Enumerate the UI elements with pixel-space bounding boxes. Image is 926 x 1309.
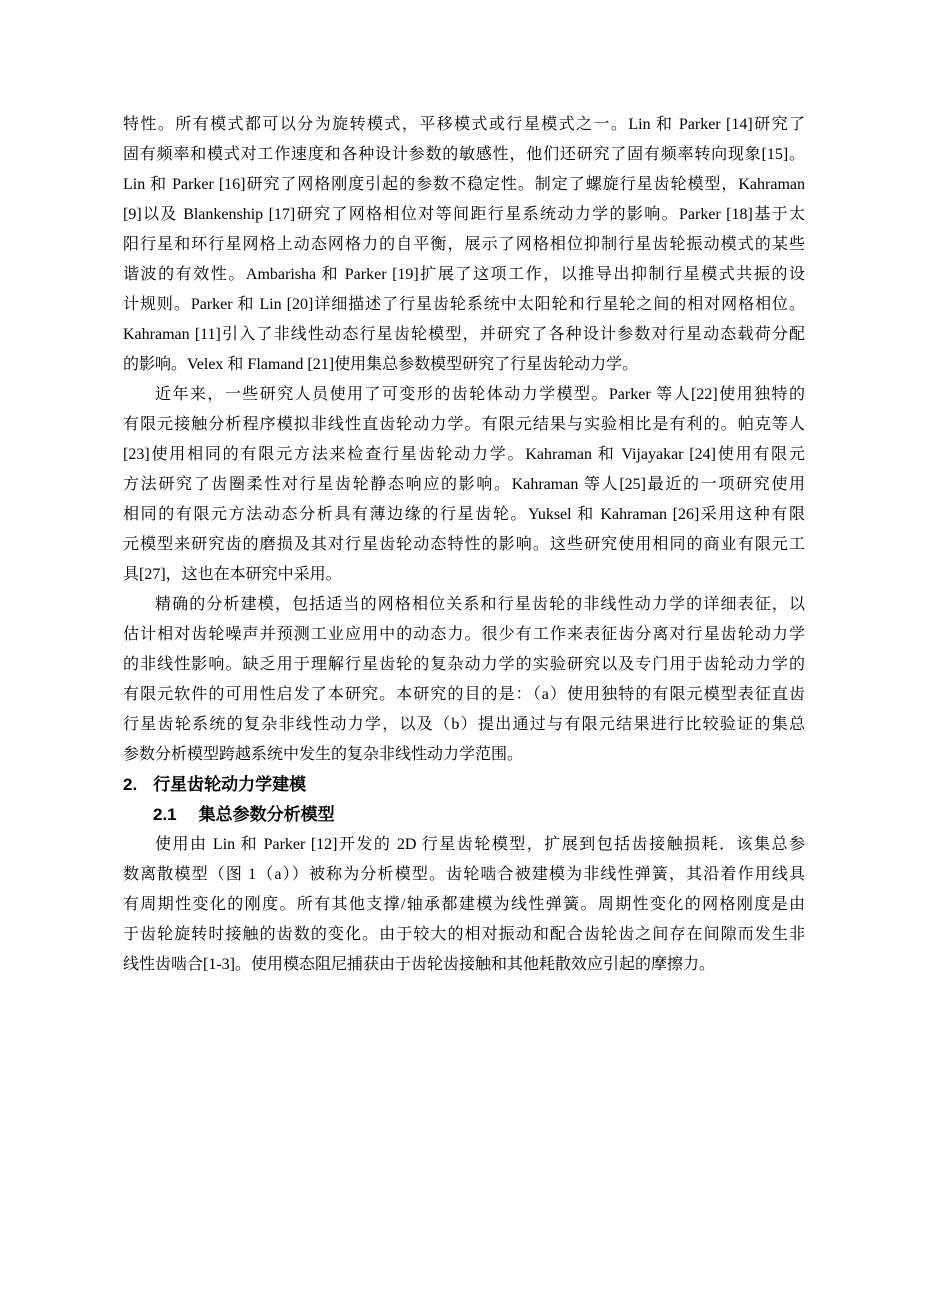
text-line: [23]使用相同的有限元方法来检查行星齿轮动力学。Kahraman 和 Vija… [123,440,805,470]
section-number: 2. [123,770,137,800]
text-line: 估计相对齿轮噪声并预测工业应用中的动态力。很少有工作来表征齿分离对行星齿轮动力学 [123,620,805,650]
document-body-text: 特性。所有模式都可以分为旋转模式，平移模式或行星模式之一。Lin 和 Parke… [123,110,805,980]
text-line: 谐波的有效性。Ambarisha 和 Parker [19]扩展了这项工作，以推… [123,260,805,290]
section-title: 行星齿轮动力学建模 [153,770,306,800]
text-line: 精确的分析建模，包括适当的网格相位关系和行星齿轮的非线性动力学的详细表征，以 [123,590,805,620]
text-line: 的非线性影响。缺乏用于理解行星齿轮的复杂动力学的实验研究以及专门用于齿轮动力学的 [123,650,805,680]
text-line: 于齿轮旋转时接触的齿数的变化。由于较大的相对振动和配合齿轮齿之间存在间隙而发生非 [123,920,805,950]
text-line: 线性齿啮合[1-3]。使用模态阻尼捕获由于齿轮齿接触和其他耗散效应引起的摩擦力。 [123,950,805,980]
subsection-number: 2.1 [153,800,177,830]
text-line: 有限元接触分析程序模拟非线性直齿轮动力学。有限元结果与实验相比是有利的。帕克等人 [123,410,805,440]
text-line: [9]以及 Blankenship [17]研究了网格相位对等间距行星系统动力学… [123,200,805,230]
paragraph-lumped-parameter-model: 使用由 Lin 和 Parker [12]开发的 2D 行星齿轮模型，扩展到包括… [123,830,805,980]
paragraph-deformable-gear-models: 近年来，一些研究人员使用了可变形的齿轮体动力学模型。Parker 等人[22]使… [123,380,805,590]
text-line: Lin 和 Parker [16]研究了网格刚度引起的参数不稳定性。制定了螺旋行… [123,170,805,200]
document-page: 特性。所有模式都可以分为旋转模式，平移模式或行星模式之一。Lin 和 Parke… [0,0,926,1309]
text-line: 参数分析模型跨越系统中发生的复杂非线性动力学范围。 [123,740,805,770]
text-line: 近年来，一些研究人员使用了可变形的齿轮体动力学模型。Parker 等人[22]使… [123,380,805,410]
text-line: 具[27]，这也在本研究中采用。 [123,560,805,590]
section-heading-2: 2. 行星齿轮动力学建模 [123,770,805,800]
text-line: 有限元软件的可用性启发了本研究。本研究的目的是：（a）使用独特的有限元模型表征直… [123,680,805,710]
text-line: 元模型来研究齿的磨损及其对行星齿轮动态特性的影响。这些研究使用相同的商业有限元工 [123,530,805,560]
text-line: 行星齿轮系统的复杂非线性动力学，以及（b）提出通过与有限元结果进行比较验证的集总 [123,710,805,740]
text-line: 方法研究了齿圈柔性对行星齿轮静态响应的影响。Kahraman 等人[25]最近的… [123,470,805,500]
text-line: 固有频率和模式对工作速度和各种设计参数的敏感性，他们还研究了固有频率转向现象[1… [123,140,805,170]
text-line: 阳行星和环行星网格上动态网格力的自平衡，展示了网格相位抑制行星齿轮振动模式的某些 [123,230,805,260]
text-line: 有周期性变化的刚度。所有其他支撑/轴承都建模为线性弹簧。周期性变化的网格刚度是由 [123,890,805,920]
text-line: 相同的有限元方法动态分析具有薄边缘的行星齿轮。Yuksel 和 Kahraman… [123,500,805,530]
text-line: 的影响。Velex 和 Flamand [21]使用集总参数模型研究了行星齿轮动… [123,350,805,380]
subsection-heading-2-1: 2.1 集总参数分析模型 [123,800,805,830]
text-line: 计规则。Parker 和 Lin [20]详细描述了行星齿轮系统中太阳轮和行星轮… [123,290,805,320]
text-line: 数离散模型（图 1（a））被称为分析模型。齿轮啮合被建模为非线性弹簧，其沿着作用… [123,860,805,890]
text-line: 使用由 Lin 和 Parker [12]开发的 2D 行星齿轮模型，扩展到包括… [123,830,805,860]
paragraph-study-motivation: 精确的分析建模，包括适当的网格相位关系和行星齿轮的非线性动力学的详细表征，以 估… [123,590,805,770]
text-line: Kahraman [11]引入了非线性动态行星齿轮模型，并研究了各种设计参数对行… [123,320,805,350]
text-line: 特性。所有模式都可以分为旋转模式，平移模式或行星模式之一。Lin 和 Parke… [123,110,805,140]
subsection-title: 集总参数分析模型 [199,800,335,830]
paragraph-literature-review: 特性。所有模式都可以分为旋转模式，平移模式或行星模式之一。Lin 和 Parke… [123,110,805,380]
